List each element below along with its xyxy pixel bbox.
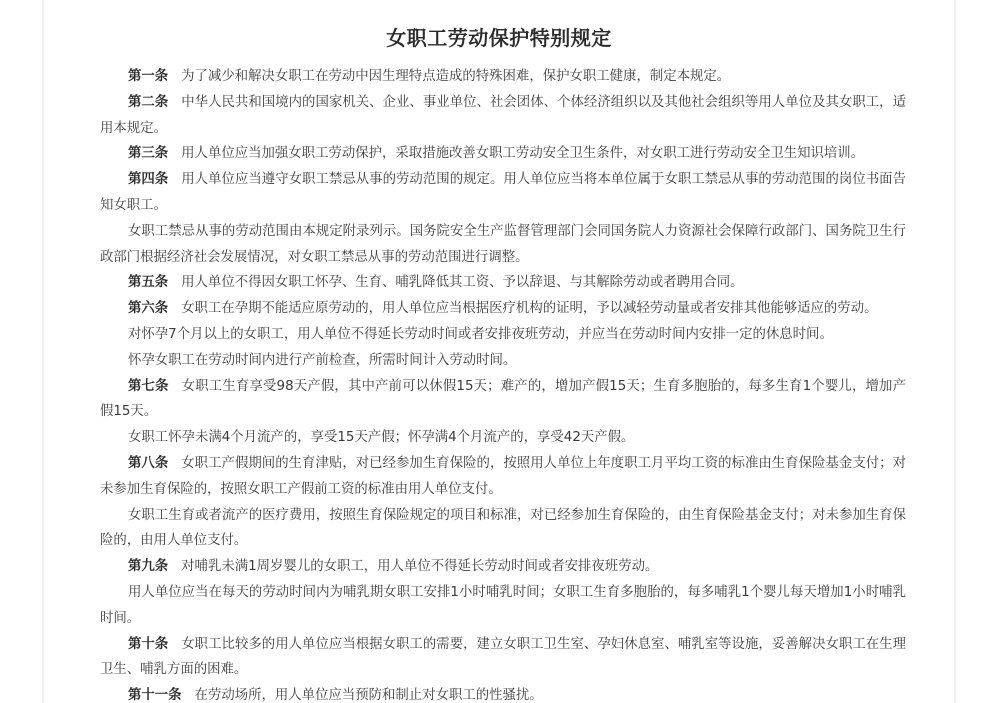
paragraph-article-5: 第五条用人单位不得因女职工怀孕、生育、哺乳降低其工资、予以辞退、与其解除劳动或者… [100, 270, 906, 296]
paragraph-article-9: 第九条对哺乳未满1周岁婴儿的女职工，用人单位不得延长劳动时间或者安排夜班劳动。 [100, 554, 906, 580]
article-number: 第七条 [128, 379, 169, 394]
paragraph-article-4-cont: 女职工禁忌从事的劳动范围由本规定附录列示。国务院安全生产监督管理部门会同国务院人… [100, 219, 906, 271]
article-number: 第九条 [128, 559, 168, 574]
article-text: 对哺乳未满1周岁婴儿的女职工，用人单位不得延长劳动时间或者安排夜班劳动。 [181, 559, 658, 574]
article-text: 用人单位应当遵守女职工禁忌从事的劳动范围的规定。用人单位应当将本单位属于女职工禁… [100, 172, 906, 213]
article-number: 第三条 [128, 146, 168, 161]
article-number: 第十一条 [128, 688, 182, 703]
paragraph-article-6-cont-2: 怀孕女职工在劳动时间内进行产前检查，所需时间计入劳动时间。 [100, 348, 906, 374]
article-text: 用人单位不得因女职工怀孕、生育、哺乳降低其工资、予以辞退、与其解除劳动或者聘用合… [181, 275, 743, 290]
paragraph-article-7: 第七条女职工生育享受98天产假，其中产前可以休假15天；难产的，增加产假15天；… [100, 374, 906, 426]
article-number: 第五条 [128, 275, 168, 290]
article-text: 女职工比较多的用人单位应当根据女职工的需要，建立女职工卫生室、孕妇休息室、哺乳室… [100, 637, 906, 678]
paragraph-article-3: 第三条用人单位应当加强女职工劳动保护，采取措施改善女职工劳动安全卫生条件，对女职… [100, 141, 906, 167]
paragraph-article-8-cont: 女职工生育或者流产的医疗费用，按照生育保险规定的项目和标准，对已经参加生育保险的… [100, 503, 906, 555]
paragraph-article-6-cont-1: 对怀孕7个月以上的女职工，用人单位不得延长劳动时间或者安排夜班劳动，并应当在劳动… [100, 322, 906, 348]
document-title: 女职工劳动保护特别规定 [44, 22, 954, 51]
article-number: 第一条 [128, 69, 168, 84]
paragraph-article-10: 第十条女职工比较多的用人单位应当根据女职工的需要，建立女职工卫生室、孕妇休息室、… [100, 632, 906, 684]
paragraph-article-7-cont: 女职工怀孕未满4个月流产的，享受15天产假；怀孕满4个月流产的，享受42天产假。 [100, 425, 906, 451]
article-number: 第八条 [128, 456, 168, 471]
article-text: 在劳动场所，用人单位应当预防和制止对女职工的性骚扰。 [195, 688, 543, 703]
article-text: 用人单位应当在每天的劳动时间内为哺乳期女职工安排1小时哺乳时间；女职工生育多胞胎… [100, 585, 906, 626]
paragraph-article-1: 第一条为了减少和解决女职工在劳动中因生理特点造成的特殊困难，保护女职工健康，制定… [100, 64, 906, 90]
article-text: 用人单位应当加强女职工劳动保护，采取措施改善女职工劳动安全卫生条件，对女职工进行… [181, 146, 864, 161]
paragraph-article-11: 第十一条在劳动场所，用人单位应当预防和制止对女职工的性骚扰。 [100, 683, 906, 703]
article-text: 怀孕女职工在劳动时间内进行产前检查，所需时间计入劳动时间。 [128, 353, 516, 368]
document-page: 女职工劳动保护特别规定 第一条为了减少和解决女职工在劳动中因生理特点造成的特殊困… [42, 0, 956, 703]
paragraph-article-2: 第二条中华人民共和国境内的国家机关、企业、事业单位、社会团体、个体经济组织以及其… [100, 90, 906, 142]
article-text: 女职工在孕期不能适应原劳动的，用人单位应当根据医疗机构的证明，予以减轻劳动量或者… [181, 301, 877, 316]
article-text: 为了减少和解决女职工在劳动中因生理特点造成的特殊困难，保护女职工健康，制定本规定… [181, 69, 730, 84]
article-text: 女职工生育享受98天产假，其中产前可以休假15天；难产的，增加产假15天；生育多… [100, 379, 906, 420]
paragraph-article-9-cont: 用人单位应当在每天的劳动时间内为哺乳期女职工安排1小时哺乳时间；女职工生育多胞胎… [100, 580, 906, 632]
paragraph-article-8: 第八条女职工产假期间的生育津贴，对已经参加生育保险的，按照用人单位上年度职工月平… [100, 451, 906, 503]
document-body: 第一条为了减少和解决女职工在劳动中因生理特点造成的特殊困难，保护女职工健康，制定… [100, 64, 906, 703]
article-text: 中华人民共和国境内的国家机关、企业、事业单位、社会团体、个体经济组织以及其他社会… [100, 95, 906, 136]
article-text: 女职工生育或者流产的医疗费用，按照生育保险规定的项目和标准，对已经参加生育保险的… [100, 508, 906, 549]
article-text: 女职工产假期间的生育津贴，对已经参加生育保险的，按照用人单位上年度职工月平均工资… [100, 456, 906, 497]
article-text: 女职工怀孕未满4个月流产的，享受15天产假；怀孕满4个月流产的，享受42天产假。 [128, 430, 634, 445]
article-number: 第六条 [128, 301, 168, 316]
paragraph-article-6: 第六条女职工在孕期不能适应原劳动的，用人单位应当根据医疗机构的证明，予以减轻劳动… [100, 296, 906, 322]
article-text: 女职工禁忌从事的劳动范围由本规定附录列示。国务院安全生产监督管理部门会同国务院人… [100, 224, 906, 265]
article-number: 第四条 [128, 172, 168, 187]
paragraph-article-4: 第四条用人单位应当遵守女职工禁忌从事的劳动范围的规定。用人单位应当将本单位属于女… [100, 167, 906, 219]
article-text: 对怀孕7个月以上的女职工，用人单位不得延长劳动时间或者安排夜班劳动，并应当在劳动… [128, 327, 833, 342]
article-number: 第二条 [128, 95, 168, 110]
article-number: 第十条 [128, 637, 168, 652]
